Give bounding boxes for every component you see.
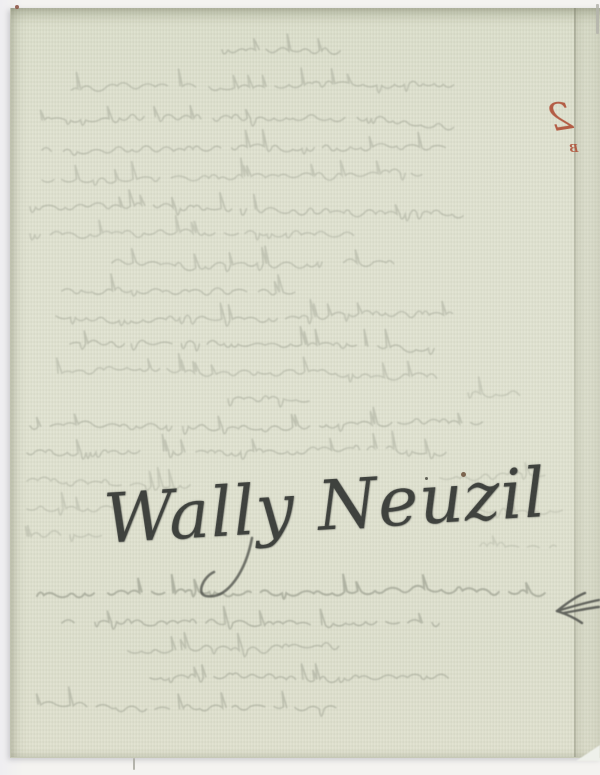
- speckle-mark: [133, 758, 135, 770]
- bleedthrough-line: [42, 158, 422, 185]
- bleedthrough-line: [70, 326, 434, 354]
- bleedthrough-line: [150, 663, 448, 682]
- bleedthrough-line: [30, 215, 354, 240]
- bleedthrough-line: [62, 274, 295, 296]
- speckle-mark: [461, 472, 466, 477]
- red-number: 2: [545, 96, 575, 137]
- bleedthrough-line: [37, 687, 336, 717]
- bleedthrough-line: [128, 632, 339, 657]
- speckle-mark: [425, 477, 428, 480]
- bleedthrough-layer: [0, 0, 600, 775]
- speckle-mark: [596, 4, 599, 34]
- pencil-arrow-left-icon: [557, 593, 599, 623]
- bleedthrough-line: [26, 525, 111, 541]
- arrow-head-upper: [557, 593, 585, 611]
- bleedthrough-line: [468, 376, 531, 398]
- bleedthrough-line: [42, 129, 445, 155]
- bleedthrough-line: [56, 299, 452, 326]
- bleedthrough-line: [222, 34, 340, 55]
- bleedthrough-line: [37, 574, 545, 599]
- bleedthrough-line: [228, 396, 309, 407]
- bleedthrough-line: [41, 105, 454, 130]
- bleedthrough-line: [30, 189, 463, 220]
- bleedthrough-line: [27, 431, 446, 459]
- bleedthrough-lines: [26, 34, 563, 717]
- red-numbering-mark: 2 B: [548, 98, 584, 156]
- bleedthrough-line: [30, 407, 482, 434]
- speckle-mark: [15, 5, 19, 9]
- document-scan: Wally Neuzil 2 B: [0, 0, 600, 775]
- bleedthrough-line: [72, 67, 454, 92]
- bleedthrough-line: [57, 353, 437, 382]
- bleedthrough-line: [112, 246, 394, 272]
- red-letter: B: [569, 142, 578, 155]
- bleedthrough-line: [62, 606, 439, 629]
- bleedthrough-line: [480, 536, 556, 548]
